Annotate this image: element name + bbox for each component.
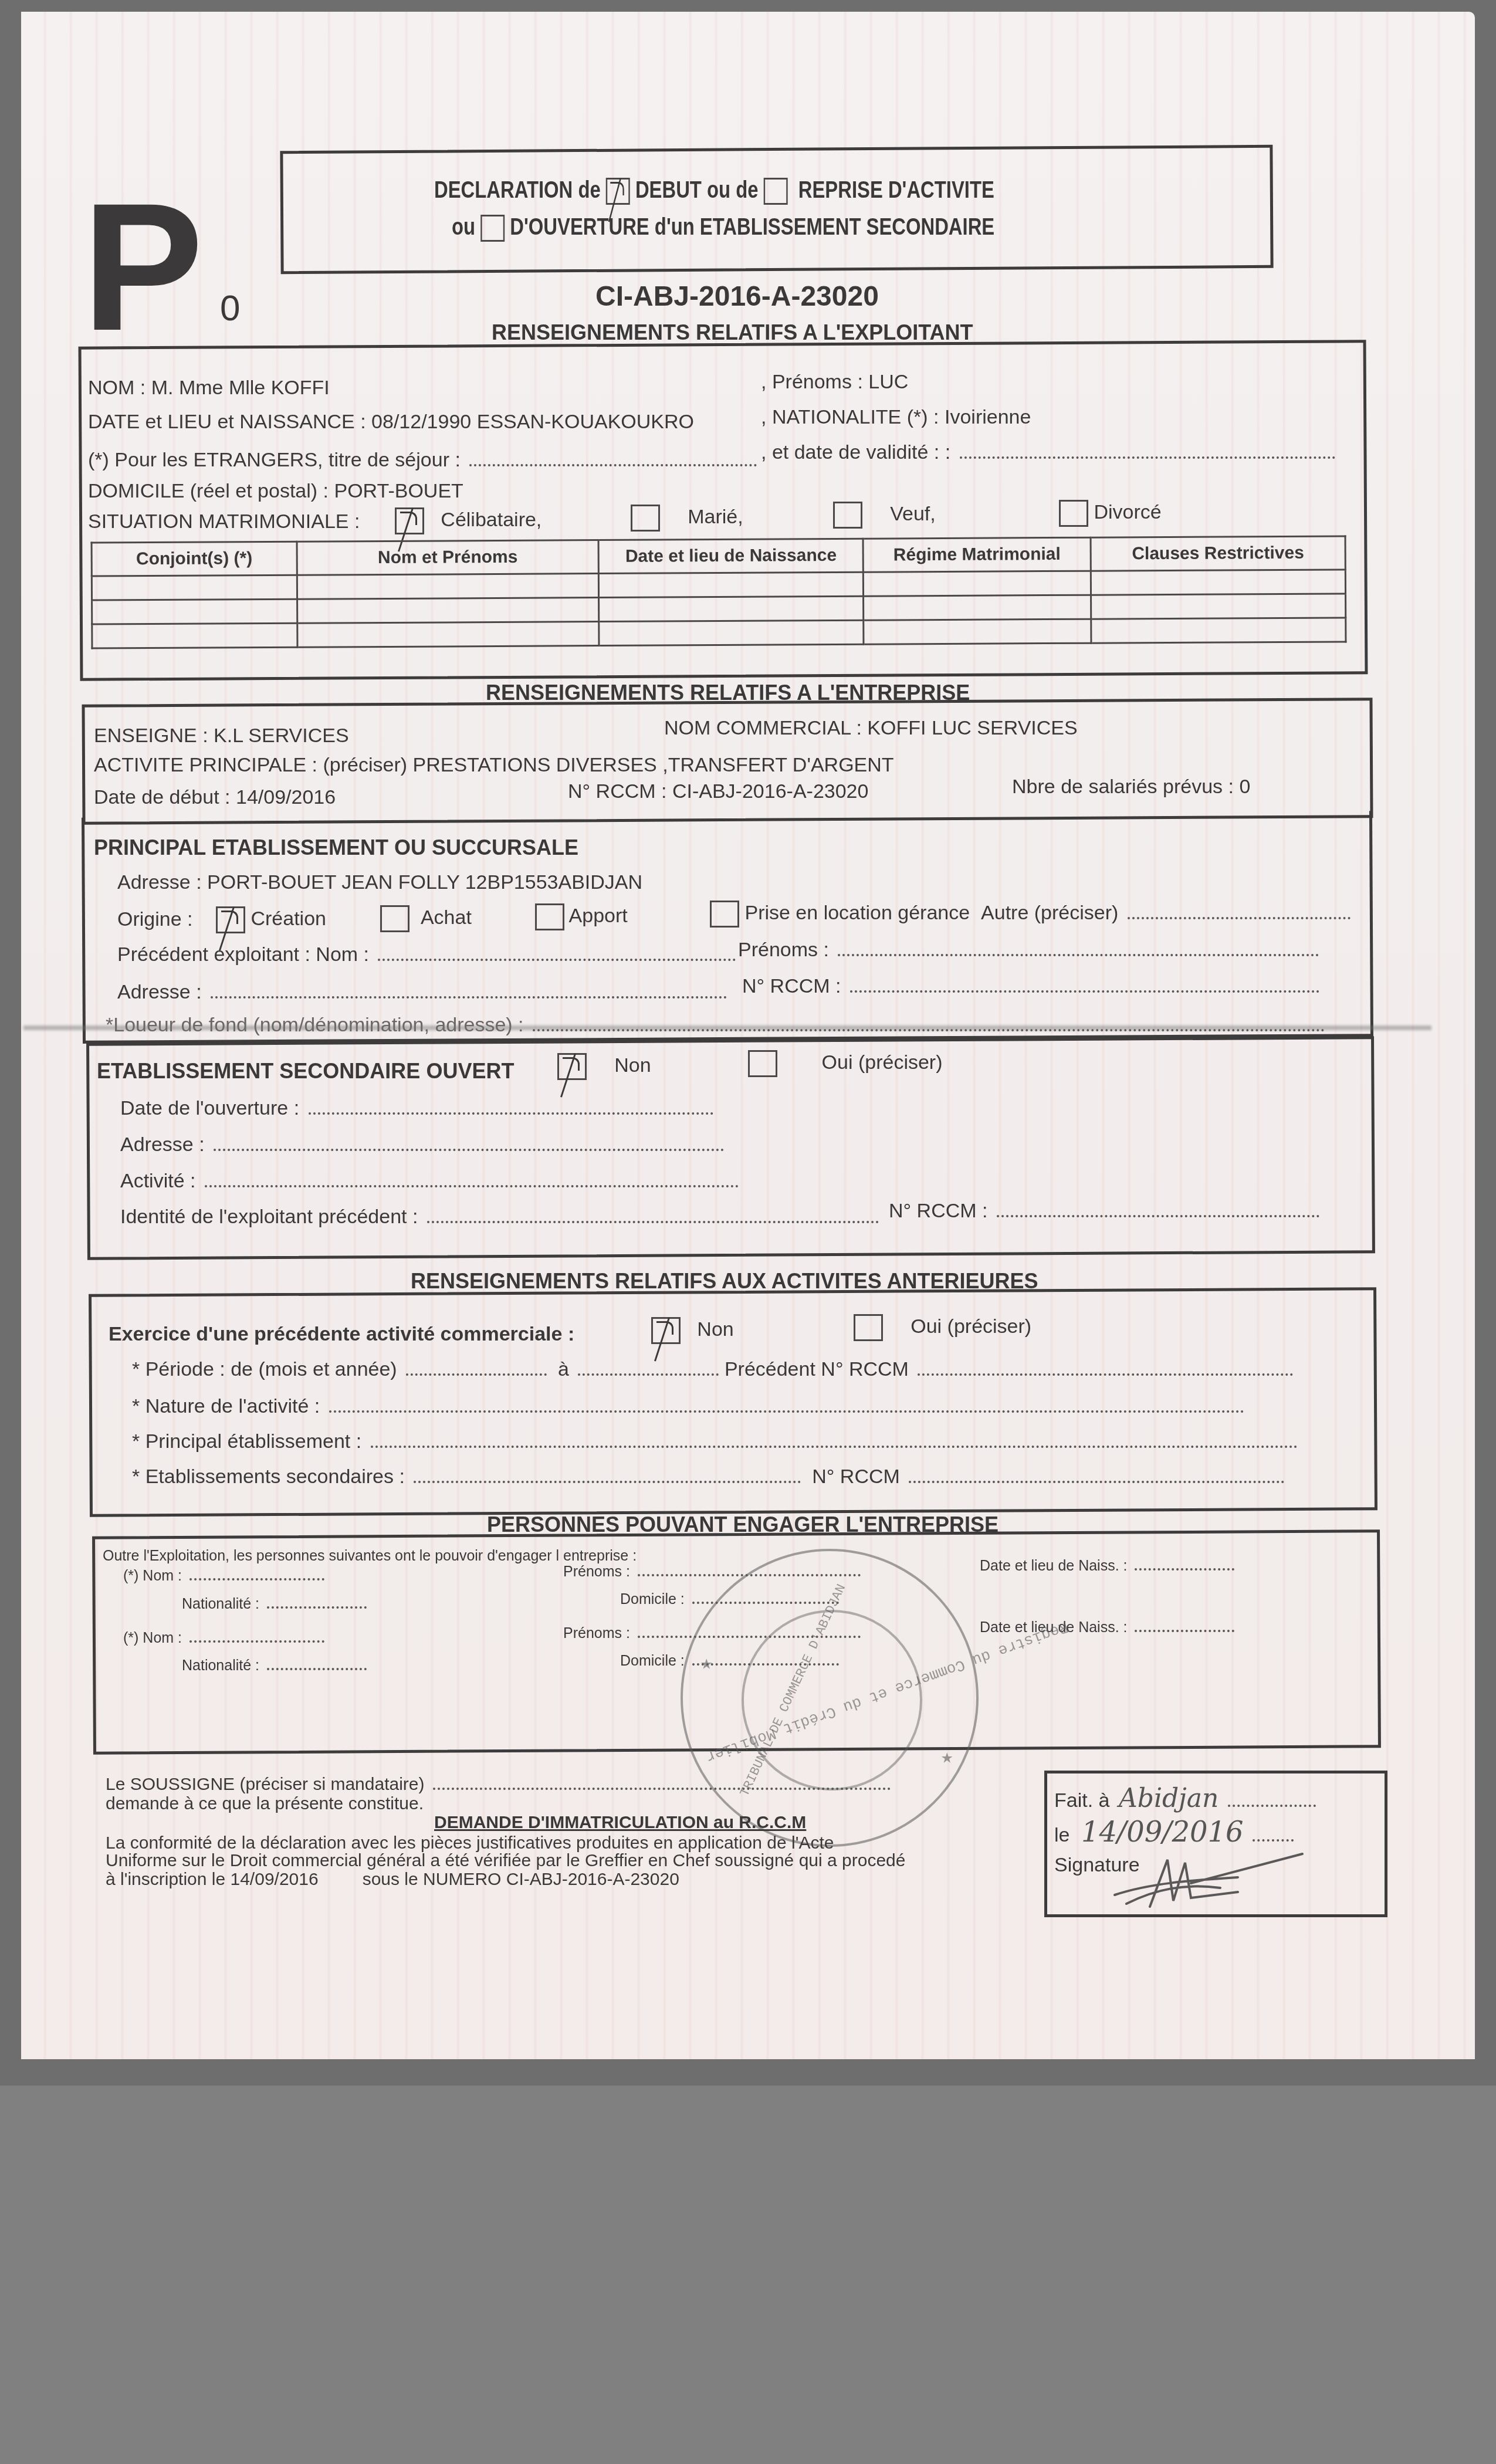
salaries-label: Nbre de salariés prévus :	[1012, 776, 1234, 798]
etab-secondaires-field: * Etablissements secondaires : N° RCCM	[132, 1465, 1284, 1488]
domicile-field: DOMICILE (réel et postal) : PORT-BOUET	[88, 480, 463, 503]
personne-1-nom-input[interactable]	[189, 1578, 324, 1580]
anterieures-oui-checkbox[interactable]	[854, 1314, 883, 1341]
conformite-line-3: à l'inscription le 14/09/2016 sous le NU…	[106, 1870, 679, 1890]
form-subscript: 0	[220, 290, 240, 327]
veuf-checkbox[interactable]	[833, 502, 862, 529]
activite-principale-field: ACTIVITE PRINCIPALE : (préciser) PRESTAT…	[94, 754, 894, 777]
personne-2-nom-input[interactable]	[189, 1640, 324, 1643]
col-nom-prenoms: Nom et Prénoms	[297, 540, 599, 576]
inscription-date: à l'inscription le 14/09/2016	[106, 1870, 319, 1889]
declaration-prefix: DECLARATION de	[434, 177, 601, 203]
fait-a-field: Fait. à Abidjan	[1054, 1783, 1316, 1813]
anterieures-rccm-input[interactable]	[909, 1481, 1284, 1483]
autre-input[interactable]	[1128, 917, 1351, 919]
secondaire-identite-input[interactable]	[427, 1221, 879, 1223]
entreprise-rccm-field: N° RCCM : CI-ABJ-2016-A-23020	[568, 780, 868, 803]
personne-2-nationalite: Nationalité :	[182, 1657, 367, 1674]
origine-apport: Apport	[535, 903, 628, 930]
table-cell[interactable]	[1091, 618, 1346, 643]
stamp-emblem-ring	[742, 1610, 922, 1791]
celibataire-label: Célibataire,	[441, 509, 541, 531]
personne-2-naissance: Date et lieu de Naiss. :	[980, 1619, 1234, 1636]
form-letter: P	[82, 176, 204, 358]
origine-label: Origine :	[117, 908, 193, 930]
secondaire-activite-label: Activité :	[120, 1170, 195, 1192]
titre-sejour-label: (*) Pour les ETRANGERS, titre de séjour …	[88, 449, 461, 471]
location-gerance-checkbox[interactable]	[710, 901, 739, 928]
secondaire-activite-field: Activité :	[120, 1170, 739, 1193]
periode-a-label: à	[558, 1358, 569, 1380]
le-label: le	[1054, 1824, 1069, 1846]
secondaire-date-input[interactable]	[309, 1112, 713, 1115]
nom-field: NOM : M. Mme Mlle KOFFI	[88, 377, 330, 400]
fait-a-line	[1228, 1805, 1316, 1807]
secondaire-date-field: Date de l'ouverture :	[120, 1097, 713, 1120]
achat-checkbox[interactable]	[380, 905, 409, 932]
secondaire-adresse-input[interactable]	[214, 1149, 724, 1151]
section-title-exploitant: RENSEIGNEMENTS RELATIFS A L'EXPLOITANT	[492, 320, 973, 345]
salaries-value: 0	[1239, 776, 1250, 798]
secondaire-rccm-field: N° RCCM :	[889, 1200, 1319, 1223]
etab-secondaires-input[interactable]	[414, 1481, 801, 1483]
stamp-star-icon: ★	[941, 1745, 953, 1769]
demande-line: demande à ce que la présente constitue.	[106, 1794, 424, 1814]
naissance-label: DATE et LIEU et NAISSANCE :	[88, 411, 366, 433]
demande-title: DEMANDE D'IMMATRICULATION au R.C.C.M	[434, 1813, 806, 1833]
principal-etab-label: * Principal établissement :	[132, 1430, 361, 1453]
periode-field: * Période : de (mois et année) à Précéde…	[132, 1358, 1293, 1381]
origine-creation: Création	[216, 906, 326, 933]
situation-matrimoniale: SITUATION MATRIMONIALE :	[88, 510, 360, 533]
entreprise-rccm-value: CI-ABJ-2016-A-23020	[672, 780, 869, 803]
personne-2-nom: (*) Nom :	[123, 1630, 324, 1647]
section-title-principal: PRINCIPAL ETABLISSEMENT OU SUCCURSALE	[94, 835, 578, 860]
declaration-line-2: ou D'OUVERTURE d'un ETABLISSEMENT SECOND…	[452, 214, 1113, 242]
personne-2-domicile-label: Domicile :	[620, 1653, 685, 1669]
personne-1-prenoms-label: Prénoms :	[563, 1563, 630, 1580]
rccm-number-heading: CI-ABJ-2016-A-23020	[595, 280, 879, 313]
anterieures-non-checkbox[interactable]	[651, 1317, 681, 1344]
principal-adresse-value: PORT-BOUET JEAN FOLLY 12BP1553ABIDJAN	[207, 871, 642, 893]
debut-checkbox[interactable]	[606, 178, 630, 205]
personne-1-nationalite: Nationalité :	[182, 1596, 367, 1613]
col-clauses: Clauses Restrictives	[1091, 536, 1345, 571]
reprise-checkbox[interactable]	[764, 178, 788, 205]
secondaire-activite-input[interactable]	[205, 1185, 739, 1187]
precedent-rccm-label: Précédent N° RCCM	[725, 1358, 909, 1380]
situation-label: SITUATION MATRIMONIALE :	[88, 510, 360, 533]
secondaire-rccm-input[interactable]	[997, 1215, 1319, 1217]
secondaire-adresse-label: Adresse :	[120, 1133, 205, 1156]
celibataire-checkbox[interactable]	[395, 507, 424, 534]
enseigne-value: K.L SERVICES	[214, 725, 349, 747]
personne-1-naissance: Date et lieu de Naiss. :	[980, 1558, 1234, 1575]
achat-label: Achat	[421, 906, 472, 929]
conformite-line-2: Uniforme sur le Droit commercial général…	[106, 1851, 905, 1871]
conjoint-table: Conjoint(s) (*) Nom et Prénoms Date et l…	[91, 535, 1347, 649]
table-cell[interactable]	[599, 596, 864, 621]
precedent-exploitant-field: Précédent exploitant : Nom :	[117, 943, 736, 966]
prenoms-field: , Prénoms : LUC	[761, 371, 908, 394]
apport-label: Apport	[569, 905, 628, 927]
table-cell[interactable]	[864, 619, 1091, 644]
marie-label: Marié,	[688, 506, 743, 528]
etab-secondaires-label: * Etablissements secondaires :	[132, 1465, 405, 1488]
precedent-nom-label: Précédent exploitant : Nom :	[117, 943, 369, 966]
titre-sejour-input[interactable]	[469, 464, 757, 466]
nom-value: KOFFI	[271, 377, 330, 399]
secondaire-date-label: Date de l'ouverture :	[120, 1097, 299, 1119]
table-cell[interactable]	[599, 572, 864, 597]
col-conjoint: Conjoint(s) (*)	[92, 541, 297, 576]
divorce-label: Divorcé	[1094, 501, 1161, 523]
date-debut-field: Date de début : 14/09/2016	[94, 786, 336, 809]
personne-1-nationalite-input[interactable]	[267, 1606, 367, 1609]
signature-scribble-icon	[1103, 1848, 1314, 1913]
principal-adresse2-label: Adresse :	[117, 981, 202, 1003]
fait-a-label: Fait. à	[1054, 1789, 1109, 1812]
personne-1-naissance-label: Date et lieu de Naiss. :	[980, 1558, 1128, 1574]
origine-location-gerance: Prise en location gérance Autre (précise…	[710, 901, 1351, 928]
precedent-prenoms-field: Prénoms :	[738, 939, 1319, 962]
secondaire-oui-label: Oui (préciser)	[822, 1051, 943, 1074]
col-regime: Régime Matrimonial	[863, 537, 1091, 572]
table-cell[interactable]	[92, 623, 297, 648]
principal-adresse-label: Adresse :	[117, 871, 202, 893]
table-cell[interactable]	[92, 575, 297, 600]
nom-commercial-label: NOM COMMERCIAL :	[664, 717, 862, 739]
domicile-value: PORT-BOUET	[334, 480, 463, 502]
precedent-prenoms-input[interactable]	[838, 954, 1319, 956]
precedent-nom-input[interactable]	[378, 959, 736, 961]
personne-1-nationalite-label: Nationalité :	[182, 1596, 259, 1612]
situation-divorce: Divorcé	[1059, 500, 1162, 527]
anterieures-oui-label: Oui (préciser)	[911, 1315, 1031, 1338]
ouverture-checkbox[interactable]	[480, 215, 505, 242]
principal-adresse2-field: Adresse :	[117, 981, 727, 1004]
activite-principale-value: PRESTATIONS DIVERSES ,TRANSFERT D'ARGENT	[412, 754, 893, 776]
situation-marie: Marié,	[631, 505, 743, 532]
situation-veuf: Veuf,	[833, 502, 936, 529]
secondaire-adresse-field: Adresse :	[120, 1133, 724, 1156]
anterieures-oui: Oui (préciser)	[854, 1314, 1031, 1341]
secondaire-rccm-label: N° RCCM :	[889, 1200, 987, 1222]
soussigne-input[interactable]	[433, 1788, 891, 1790]
stamp-star-icon: ★	[700, 1651, 712, 1676]
date-debut-label: Date de début :	[94, 786, 231, 808]
personne-1-naissance-input[interactable]	[1135, 1568, 1234, 1571]
personne-1-nom-label: (*) Nom :	[123, 1568, 182, 1584]
principal-rccm-input[interactable]	[850, 990, 1319, 993]
secondaire-non-label: Non	[614, 1054, 651, 1077]
le-line	[1253, 1839, 1294, 1842]
personnes-intro: Outre l'Exploitation, les personnes suiv…	[103, 1548, 637, 1565]
domicile-label: DOMICILE (réel et postal) :	[88, 480, 329, 502]
table-cell[interactable]	[599, 620, 864, 645]
precedent-rccm-input[interactable]	[918, 1373, 1293, 1376]
table-cell[interactable]	[864, 571, 1091, 596]
principal-etab-field: * Principal établissement :	[132, 1430, 1298, 1453]
validite-label: , et date de validité : :	[761, 441, 950, 463]
personne-2-nationalite-label: Nationalité :	[182, 1657, 259, 1674]
table-cell[interactable]	[297, 574, 599, 600]
secondaire-identite-field: Identité de l'exploitant précédent :	[120, 1206, 879, 1228]
table-cell[interactable]	[92, 599, 297, 624]
le-value: 14/09/2016	[1081, 1816, 1244, 1849]
origine-achat: Achat	[380, 905, 472, 932]
fold-crease	[23, 1025, 1431, 1030]
soussigne-field: Le SOUSSIGNE (préciser si mandataire)	[106, 1775, 891, 1795]
personne-1-nom: (*) Nom :	[123, 1568, 324, 1585]
section-title-secondaire: ETABLISSEMENT SECONDAIRE OUVERT	[97, 1059, 514, 1084]
debut-label: DEBUT ou de	[635, 177, 759, 203]
titre-sejour-field: (*) Pour les ETRANGERS, titre de séjour …	[88, 449, 757, 472]
principal-etab-input[interactable]	[371, 1446, 1298, 1448]
secondaire-identite-label: Identité de l'exploitant précédent :	[120, 1206, 418, 1228]
prenoms-value: LUC	[868, 371, 908, 393]
validite-field: , et date de validité : :	[761, 441, 1335, 464]
anterieures-non-label: Non	[697, 1318, 733, 1341]
table-cell[interactable]	[864, 595, 1091, 620]
precedent-prenoms-label: Prénoms :	[738, 939, 829, 961]
reprise-label: REPRISE D'ACTIVITE	[798, 177, 994, 203]
principal-rccm-field: N° RCCM :	[742, 975, 1319, 998]
principal-rccm-label: N° RCCM :	[742, 975, 841, 997]
anterieures-rccm-label: N° RCCM	[812, 1465, 900, 1488]
situation-celibataire: Célibataire,	[395, 507, 541, 534]
nature-input[interactable]	[329, 1410, 1244, 1413]
periode-de-input[interactable]	[406, 1373, 547, 1376]
ouverture-label: D'OUVERTURE d'un ETABLISSEMENT SECONDAIR…	[510, 214, 994, 240]
apport-checkbox[interactable]	[535, 903, 564, 930]
inscription-numero: sous le NUMERO CI-ABJ-2016-A-23020	[363, 1870, 679, 1889]
nationalite-field: , NATIONALITE (*) : Ivoirienne	[761, 406, 1031, 429]
table-cell[interactable]	[297, 598, 599, 624]
le-date-field: le 14/09/2016	[1054, 1816, 1294, 1849]
nationalite-label: , NATIONALITE (*) :	[761, 406, 939, 428]
tribunal-stamp: Registre du Commerce et du Crédit Mobili…	[681, 1549, 979, 1847]
enseigne-field: ENSEIGNE : K.L SERVICES	[94, 725, 349, 747]
activite-principale-label: ACTIVITE PRINCIPALE : (préciser)	[94, 754, 407, 776]
veuf-label: Veuf,	[890, 503, 936, 525]
nationalite-value: Ivoirienne	[945, 406, 1031, 428]
periode-a-input[interactable]	[578, 1373, 719, 1376]
soussigne-label: Le SOUSSIGNE (préciser si mandataire)	[106, 1775, 425, 1794]
declaration-header-box	[280, 145, 1273, 274]
secondaire-non-checkbox[interactable]	[557, 1053, 587, 1080]
prenoms-label: , Prénoms :	[761, 371, 863, 393]
exercice-label: Exercice d'une précédente activité comme…	[109, 1323, 574, 1345]
naissance-value: 08/12/1990 ESSAN-KOUAKOUKRO	[371, 411, 694, 433]
nature-label: * Nature de l'activité :	[132, 1395, 320, 1417]
personne-2-prenoms-label: Prénoms :	[563, 1625, 630, 1641]
table-cell[interactable]	[1091, 570, 1345, 595]
enseigne-label: ENSEIGNE :	[94, 725, 208, 747]
naissance-field: DATE et LIEU et NAISSANCE : 08/12/1990 E…	[88, 411, 694, 434]
entreprise-rccm-label: N° RCCM :	[568, 780, 666, 803]
exercice-field: Exercice d'une précédente activité comme…	[109, 1323, 574, 1346]
ou-label: ou	[452, 214, 475, 240]
divorce-checkbox[interactable]	[1059, 500, 1088, 527]
principal-adresse-field: Adresse : PORT-BOUET JEAN FOLLY 12BP1553…	[117, 871, 642, 894]
marie-checkbox[interactable]	[631, 505, 660, 532]
periode-label: * Période : de (mois et année)	[132, 1358, 397, 1380]
validite-input[interactable]	[960, 456, 1335, 459]
conformite-line-1: La conformité de la déclaration avec les…	[106, 1833, 834, 1853]
secondaire-non: Non	[557, 1053, 651, 1080]
personne-2-nom-label: (*) Nom :	[123, 1630, 182, 1646]
table-cell[interactable]	[297, 622, 600, 648]
creation-label: Création	[251, 908, 326, 930]
location-gerance-label: Prise en location gérance	[744, 902, 970, 924]
personne-2-naissance-input[interactable]	[1135, 1630, 1234, 1632]
origine-field: Origine :	[117, 908, 193, 931]
fait-a-value: Abidjan	[1119, 1783, 1219, 1813]
declaration-line-1: DECLARATION de DEBUT ou de REPRISE D'ACT…	[434, 177, 1117, 205]
creation-checkbox[interactable]	[216, 906, 245, 933]
loueur-label: *Loueur de fond (nom/dénomination, adres…	[106, 1014, 524, 1036]
salaries-field: Nbre de salariés prévus : 0	[1012, 776, 1250, 798]
personne-1-domicile-label: Domicile :	[620, 1591, 685, 1607]
nature-field: * Nature de l'activité :	[132, 1395, 1244, 1418]
col-naissance: Date et lieu de Naissance	[598, 539, 863, 573]
date-debut-value: 14/09/2016	[236, 786, 336, 808]
nom-commercial-value: KOFFI LUC SERVICES	[867, 717, 1077, 739]
nom-label: NOM : M. Mme Mlle	[88, 377, 265, 399]
table-cell[interactable]	[1091, 594, 1345, 619]
autre-label: Autre (préciser)	[981, 902, 1118, 924]
principal-adresse2-input[interactable]	[211, 996, 727, 999]
personne-2-nationalite-input[interactable]	[267, 1668, 367, 1670]
nom-commercial-field: NOM COMMERCIAL : KOFFI LUC SERVICES	[664, 717, 1078, 740]
anterieures-non: Non	[651, 1317, 734, 1344]
secondaire-oui-checkbox[interactable]	[748, 1050, 777, 1077]
secondaire-oui: Oui (préciser)	[748, 1050, 943, 1077]
